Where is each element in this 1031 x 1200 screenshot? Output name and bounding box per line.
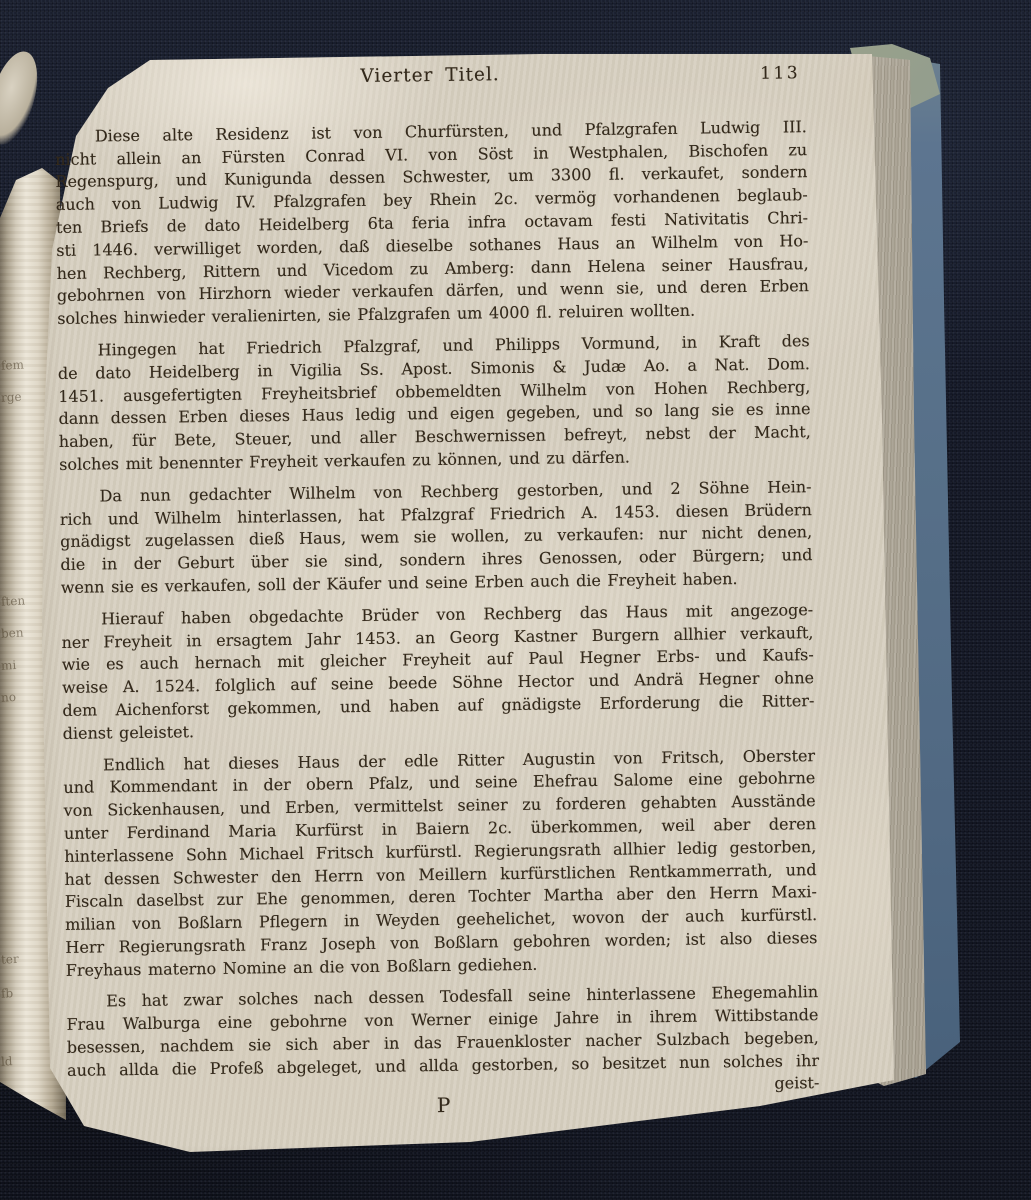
facing-page-text-fragment: rge [1,389,29,404]
header-title: Vierter Titel. [360,64,500,87]
paragraph: Da nun gedachter Wilhelm von Rechberg ge… [59,476,812,600]
paragraph: Hierauf haben obgedachte Brüder von Rech… [61,599,815,746]
facing-page-text-fragment: no [1,689,29,704]
facing-page-text-fragment: fem [1,357,29,372]
facing-page-text-fragment: ften [1,593,29,608]
body-text: Diese alte Residenz ist von Churfürsten,… [55,116,819,1083]
facing-page-text-fragment: ben [1,625,29,640]
paragraph: Diese alte Residenz ist von Churfürsten,… [55,116,810,331]
facing-page-text-fragment: fb [1,985,29,1000]
text-column: Vierter Titel. 113 Diese alte Residenz i… [54,60,820,1143]
facing-page-text-fragment: ter [1,951,29,966]
facing-page-text-fragment: ld [1,1053,29,1068]
facing-page-text-fragment: mi [1,657,29,672]
catchword: geist- [774,1072,819,1095]
paragraph: Endlich hat dieses Haus der edle Ritter … [63,745,818,983]
paragraph: Hingegen hat Friedrich Pfalzgraf, und Ph… [58,330,812,477]
paragraph: Es hat zwar solches nach dessen Todesfal… [66,982,819,1083]
photo-of-book-page: femrgeftenbenminoterfbld Vierter Titel. … [0,0,1031,1200]
page-number: 113 [760,62,800,85]
page-foot: geist- P [67,1074,820,1144]
signature-mark: P [437,1094,451,1117]
